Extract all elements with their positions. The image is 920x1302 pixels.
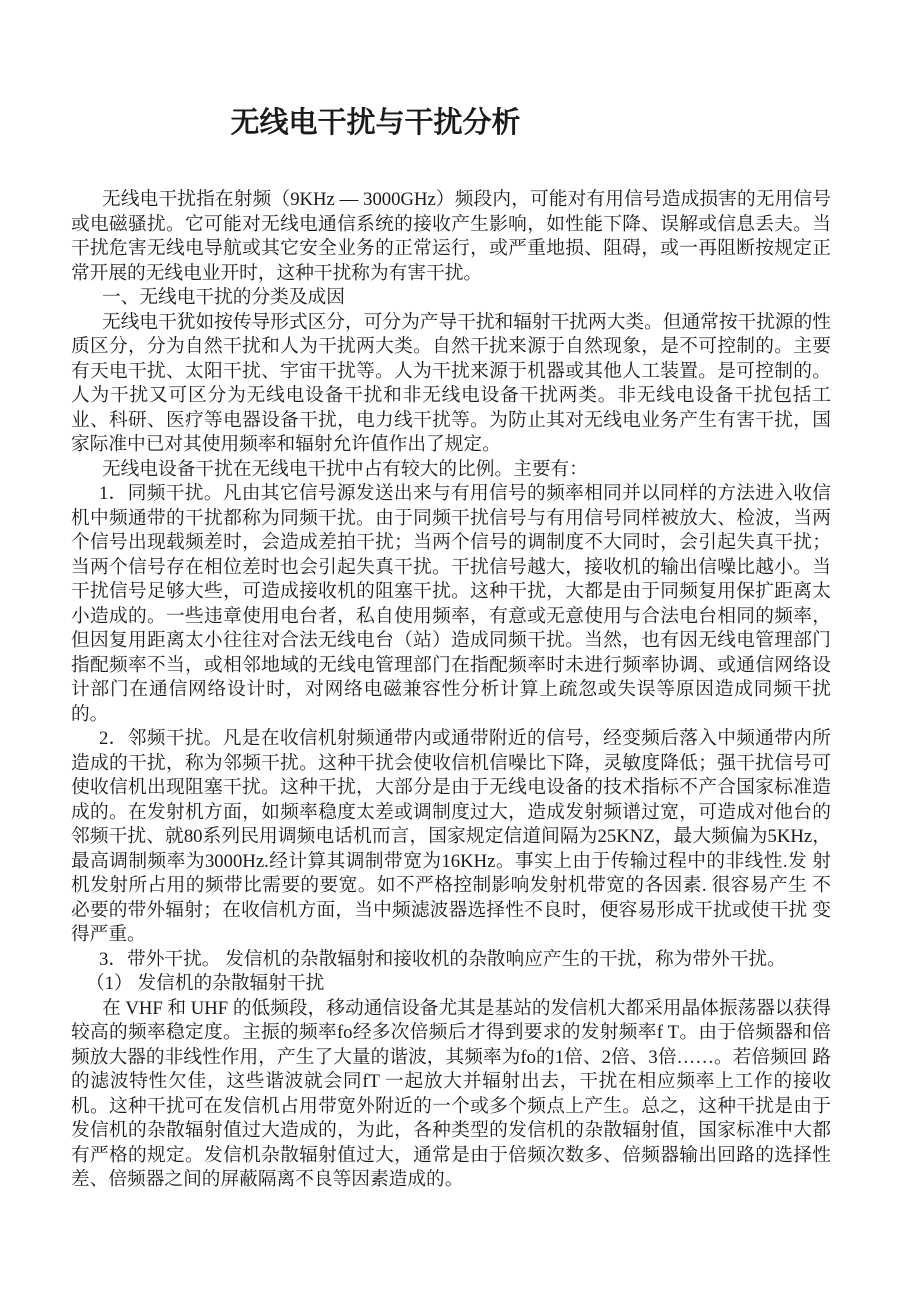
paragraph: 1．同频干扰。凡由其它信号源发送出来与有用信号的频率相同并以同样的方法进入收信机… [71,482,831,727]
paragraph: （1） 发信机的杂散辐射干扰 [71,972,831,997]
document-page: 无线电干扰与干扰分析 无线电干扰指在射频（9KHz — 3000GHz）频段内，… [0,0,920,1302]
paragraph: 一、无线电干扰的分类及成因 [71,286,831,311]
paragraph: 3．带外干扰。 发信机的杂散辐射和接收机的杂散响应产生的干扰，称为带外干扰。 [71,948,831,973]
paragraph: 无线电干犹如按传导形式区分，可分为产导干扰和辐射干扰两大类。但通常按干扰源的性质… [71,311,831,458]
document-body: 无线电干扰指在射频（9KHz — 3000GHz）频段内，可能对有用信号造成损害… [71,188,831,1193]
paragraph: 2．邻频干扰。凡是在收信机射频通带内或通带附近的信号，经变频后落入中频通带内所造… [71,727,831,948]
paragraph: 无线电设备干扰在无线电干扰中占有较大的比例。主要有： [71,458,831,483]
paragraph: 无线电干扰指在射频（9KHz — 3000GHz）频段内，可能对有用信号造成损害… [71,188,831,286]
document-title: 无线电干扰与干扰分析 [71,106,830,140]
paragraph: 在 VHF 和 UHF 的低频段，移动通信设备尤其是基站的发信机大都采用晶体振荡… [71,997,831,1193]
